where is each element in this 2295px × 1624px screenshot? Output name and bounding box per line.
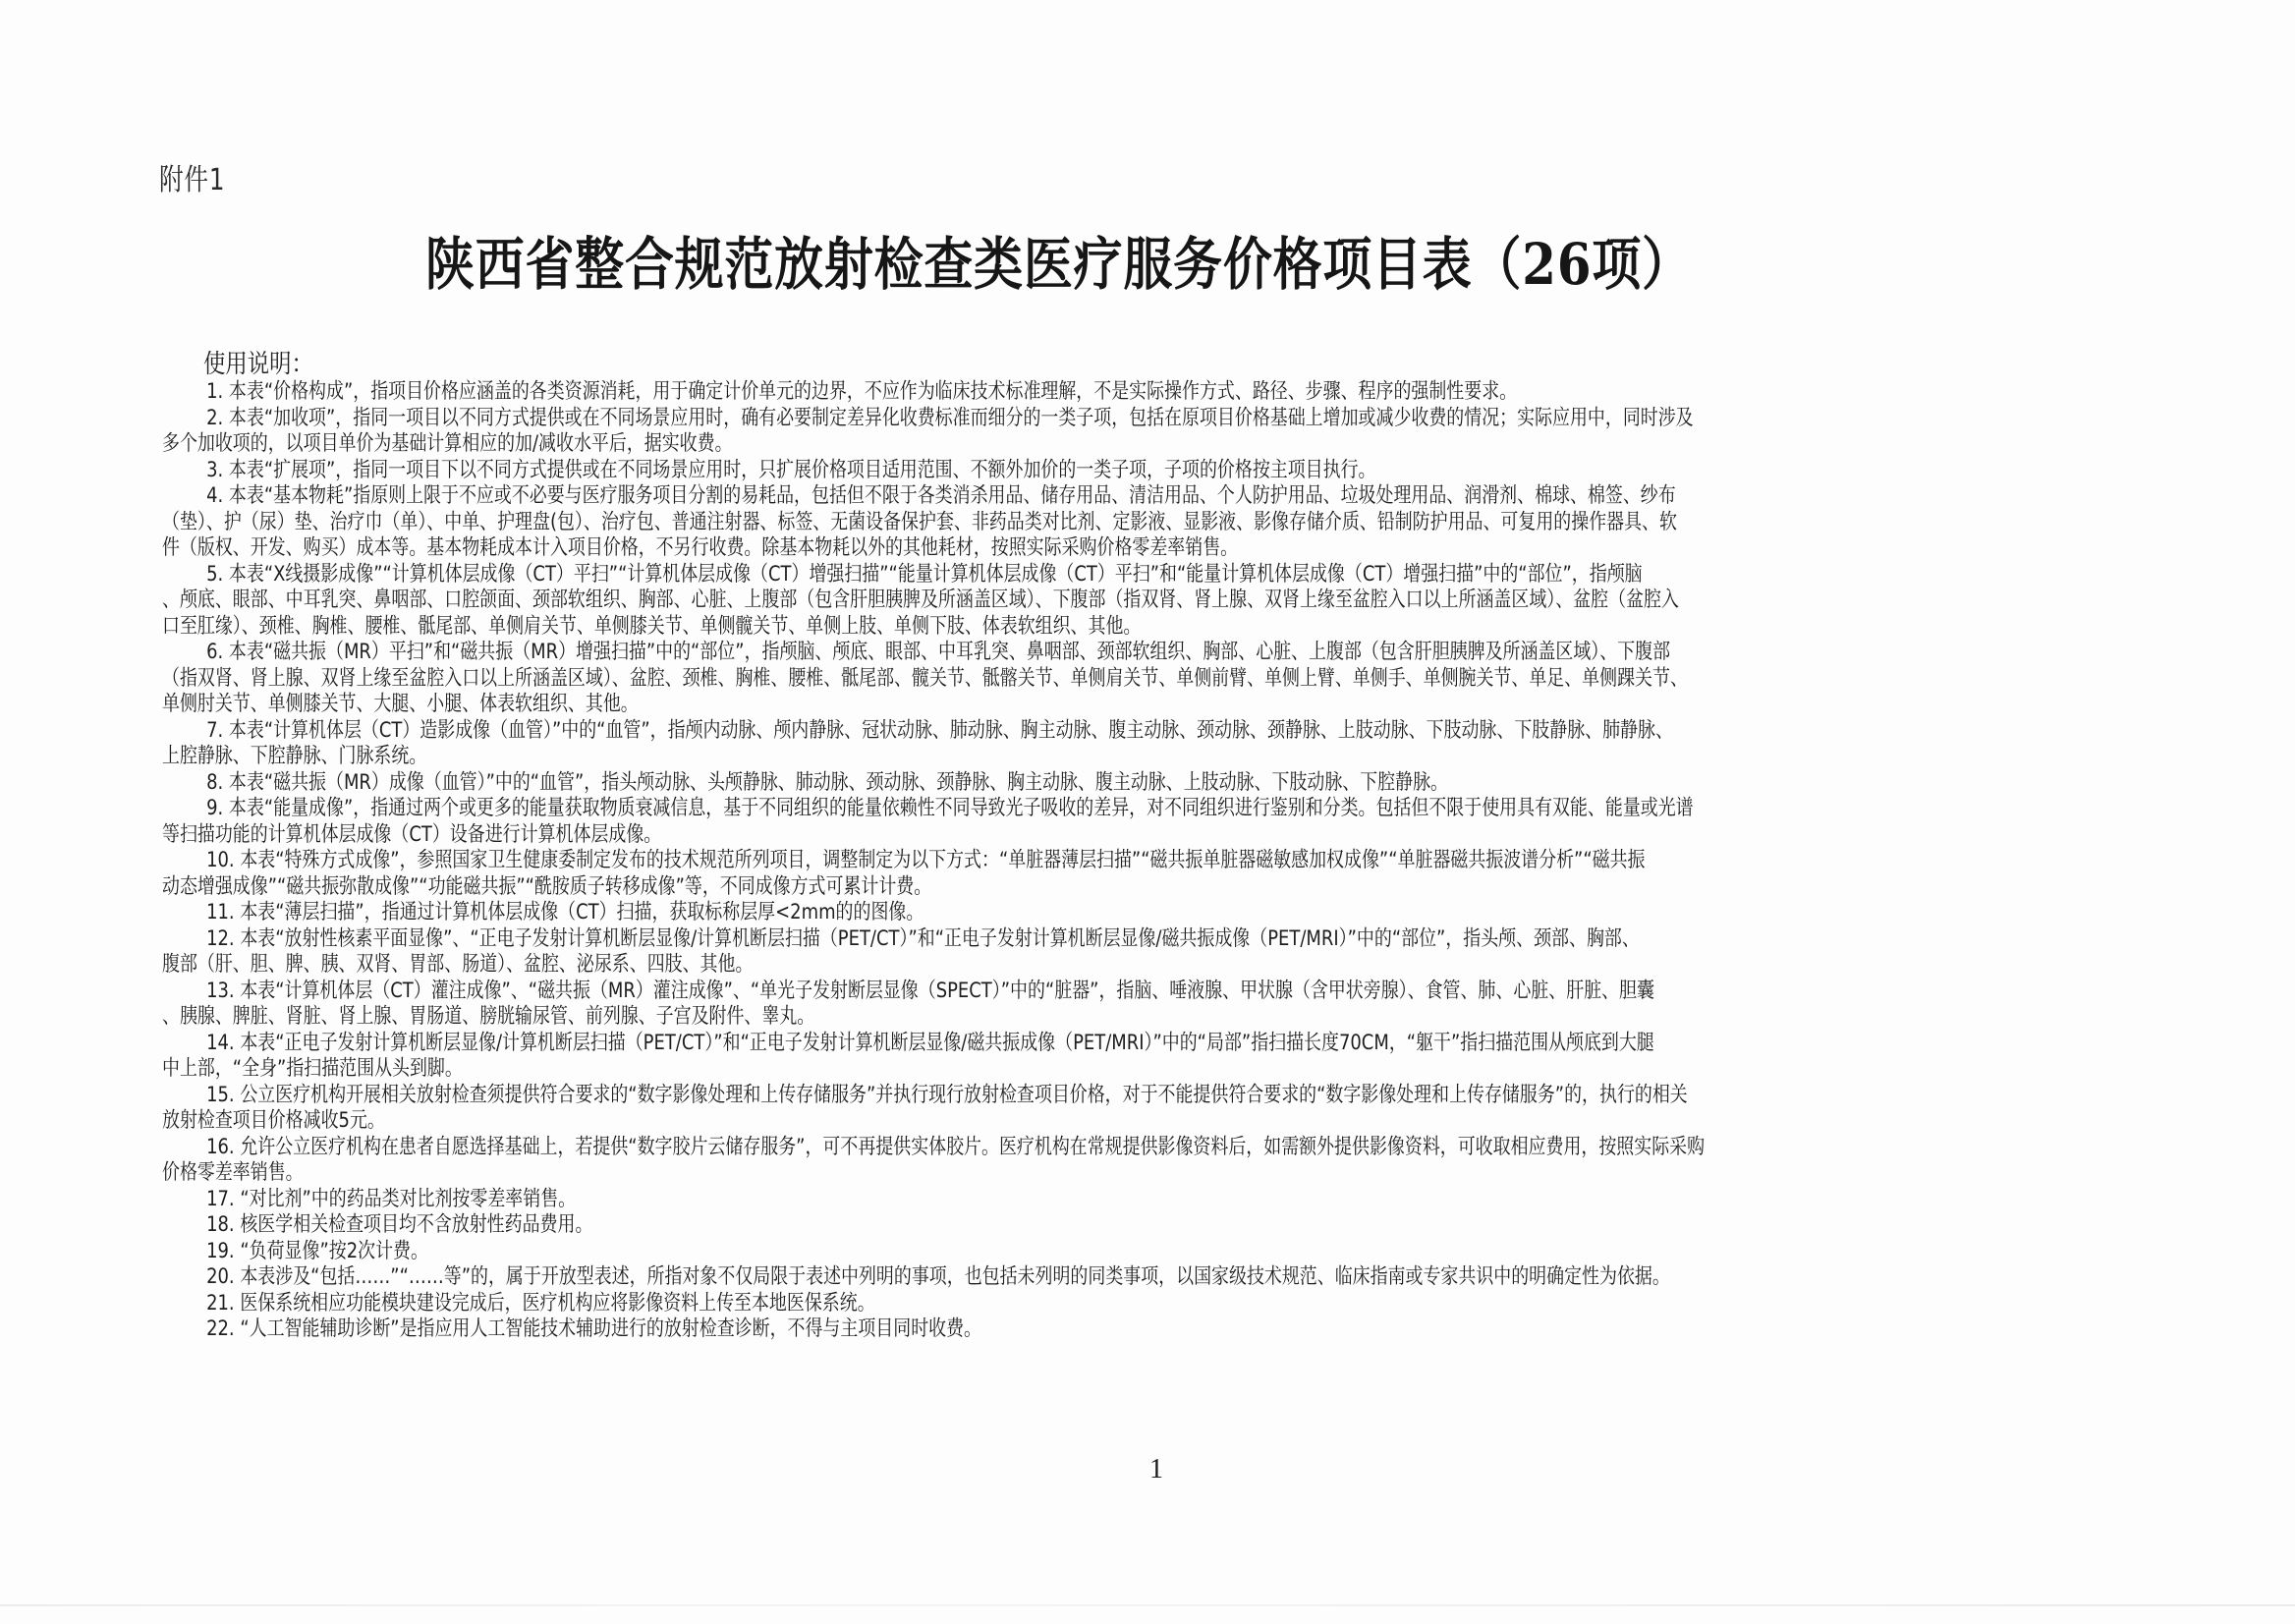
usage-note-6: 6. 本表“磁共振（MR）平扫”和“磁共振（MR）增强扫描”中的“部位”，指颅脑… (162, 640, 2186, 718)
note-line-first: 1. 本表“价格构成”，指项目价格应涵盖的各类资源消耗，用于确定计价单元的边界，… (162, 379, 1852, 406)
note-line-first: 14. 本表“正电子发射计算机断层显像/计算机断层扫描（PET/CT）”和“正电… (162, 1031, 1852, 1057)
document-title: 陕西省整合规范放射检查类医疗服务价格项目表（26项） (425, 218, 1692, 301)
note-line-first: 16. 允许公立医疗机构在患者自愿选择基础上，若提供“数字胶片云储存服务”，可不… (162, 1135, 1852, 1161)
usage-note-12: 12. 本表“放射性核素平面显像”、“正电子发射计算机断层显像/计算机断层扫描（… (162, 926, 2186, 979)
usage-instructions-heading: 使用说明： (203, 344, 313, 380)
note-line-continuation: 中上部，“全身”指扫描范围从头到脚。 (162, 1056, 1852, 1083)
note-line-continuation: 、胰腺、脾脏、肾脏、肾上腺、胃肠道、膀胱输尿管、前列腺、子宫及附件、睾丸。 (162, 1004, 1852, 1031)
note-line-continuation: 件（版权、开发、购买）成本等。基本物耗成本计入项目价格，不另行收费。除基本物耗以… (162, 535, 1852, 562)
note-line-continuation: 口至肛缘）、颈椎、胸椎、腰椎、骶尾部、单侧肩关节、单侧膝关节、单侧髋关节、单侧上… (162, 614, 1852, 641)
usage-note-16: 16. 允许公立医疗机构在患者自愿选择基础上，若提供“数字胶片云储存服务”，可不… (162, 1135, 2186, 1187)
note-line-continuation: 放射检查项目价格减收5元。 (162, 1108, 1852, 1135)
note-line-continuation: 多个加收项的，以项目单价为基础计算相应的加/减收水平后，据实收费。 (162, 431, 1852, 458)
usage-note-15: 15. 公立医疗机构开展相关放射检查须提供符合要求的“数字影像处理和上传存储服务… (162, 1083, 2186, 1135)
note-line-first: 17. “对比剂”中的药品类对比剂按零差率销售。 (162, 1187, 1852, 1213)
scan-edge-divider (0, 1604, 2295, 1606)
note-line-first: 7. 本表“计算机体层（CT）造影成像（血管）”中的“血管”，指颅内动脉、颅内静… (162, 718, 1852, 745)
usage-note-20: 20. 本表涉及“包括……”“……等”的，属于开放型表述，所指对象不仅局限于表述… (162, 1264, 2186, 1291)
note-line-continuation: （垫）、护（尿）垫、治疗巾（单）、中单、护理盘(包）、治疗包、普通注射器、标签、… (162, 510, 1852, 536)
usage-note-5: 5. 本表“X线摄影成像”“计算机体层成像（CT）平扫”“计算机体层成像（CT）… (162, 562, 2186, 641)
note-line-first: 13. 本表“计算机体层（CT）灌注成像”、“磁共振（MR）灌注成像”、“单光子… (162, 979, 1852, 1005)
note-line-first: 21. 医保系统相应功能模块建设完成后，医疗机构应将影像资料上传至本地医保系统。 (162, 1291, 1852, 1317)
usage-instructions-list: 1. 本表“价格构成”，指项目价格应涵盖的各类资源消耗，用于确定计价单元的边界，… (162, 379, 2186, 1343)
note-line-continuation: 单侧肘关节、单侧膝关节、大腿、小腿、体表软组织、其他。 (162, 692, 1852, 718)
note-line-continuation: （指双肾、肾上腺、双肾上缘至盆腔入口以上所涵盖区域）、盆腔、颈椎、胸椎、腰椎、骶… (162, 666, 1852, 693)
note-line-first: 9. 本表“能量成像”，指通过两个或更多的能量获取物质衰减信息，基于不同组织的能… (162, 796, 1852, 822)
note-line-continuation: 动态增强成像”“磁共振弥散成像”“功能磁共振”“酰胺质子转移成像”等，不同成像方… (162, 874, 1852, 901)
note-line-first: 19. “负荷显像”按2次计费。 (162, 1239, 1852, 1265)
note-line-first: 3. 本表“扩展项”，指同一项目下以不同方式提供或在不同场景应用时，只扩展价格项… (162, 458, 1852, 484)
usage-note-22: 22. “人工智能辅助诊断”是指应用人工智能技术辅助进行的放射检查诊断，不得与主… (162, 1316, 2186, 1343)
note-line-first: 11. 本表“薄层扫描”，指通过计算机体层成像（CT）扫描，获取标称层厚<2mm… (162, 900, 1852, 926)
usage-note-2: 2. 本表“加收项”，指同一项目以不同方式提供或在不同场景应用时，确有必要制定差… (162, 406, 2186, 458)
usage-note-10: 10. 本表“特殊方式成像”，参照国家卫生健康委制定发布的技术规范所列项目，调整… (162, 848, 2186, 900)
note-line-continuation: 等扫描功能的计算机体层成像（CT）设备进行计算机体层成像。 (162, 822, 1852, 849)
note-line-first: 12. 本表“放射性核素平面显像”、“正电子发射计算机断层显像/计算机断层扫描（… (162, 926, 1852, 953)
note-line-first: 4. 本表“基本物耗”指原则上限于不应或不必要与医疗服务项目分割的易耗品，包括但… (162, 483, 1852, 510)
note-line-first: 5. 本表“X线摄影成像”“计算机体层成像（CT）平扫”“计算机体层成像（CT）… (162, 562, 1852, 588)
note-line-first: 2. 本表“加收项”，指同一项目以不同方式提供或在不同场景应用时，确有必要制定差… (162, 406, 1852, 432)
note-line-continuation: 、颅底、眼部、中耳乳突、鼻咽部、口腔颌面、颈部软组织、胸部、心脏、上腹部（包含肝… (162, 588, 1852, 614)
note-line-first: 8. 本表“磁共振（MR）成像（血管）”中的“血管”，指头颅动脉、头颅静脉、肺动… (162, 770, 1852, 797)
usage-note-11: 11. 本表“薄层扫描”，指通过计算机体层成像（CT）扫描，获取标称层厚<2mm… (162, 900, 2186, 926)
usage-note-21: 21. 医保系统相应功能模块建设完成后，医疗机构应将影像资料上传至本地医保系统。 (162, 1291, 2186, 1317)
usage-note-1: 1. 本表“价格构成”，指项目价格应涵盖的各类资源消耗，用于确定计价单元的边界，… (162, 379, 2186, 406)
note-line-first: 6. 本表“磁共振（MR）平扫”和“磁共振（MR）增强扫描”中的“部位”，指颅脑… (162, 640, 1852, 666)
usage-note-9: 9. 本表“能量成像”，指通过两个或更多的能量获取物质衰减信息，基于不同组织的能… (162, 796, 2186, 848)
usage-note-18: 18. 核医学相关检查项目均不含放射性药品费用。 (162, 1212, 2186, 1239)
usage-note-4: 4. 本表“基本物耗”指原则上限于不应或不必要与医疗服务项目分割的易耗品，包括但… (162, 483, 2186, 562)
usage-note-7: 7. 本表“计算机体层（CT）造影成像（血管）”中的“血管”，指颅内动脉、颅内静… (162, 718, 2186, 770)
usage-note-3: 3. 本表“扩展项”，指同一项目下以不同方式提供或在不同场景应用时，只扩展价格项… (162, 458, 2186, 484)
note-line-first: 10. 本表“特殊方式成像”，参照国家卫生健康委制定发布的技术规范所列项目，调整… (162, 848, 1852, 874)
note-line-first: 22. “人工智能辅助诊断”是指应用人工智能技术辅助进行的放射检查诊断，不得与主… (162, 1316, 1852, 1343)
attachment-label: 附件1 (159, 155, 225, 198)
document-page: 附件1 陕西省整合规范放射检查类医疗服务价格项目表（26项） 使用说明： 1. … (0, 0, 2295, 1624)
usage-note-13: 13. 本表“计算机体层（CT）灌注成像”、“磁共振（MR）灌注成像”、“单光子… (162, 979, 2186, 1031)
note-line-continuation: 上腔静脉、下腔静脉、门脉系统。 (162, 744, 1852, 770)
usage-note-14: 14. 本表“正电子发射计算机断层显像/计算机断层扫描（PET/CT）”和“正电… (162, 1031, 2186, 1083)
usage-note-19: 19. “负荷显像”按2次计费。 (162, 1239, 2186, 1265)
note-line-first: 20. 本表涉及“包括……”“……等”的，属于开放型表述，所指对象不仅局限于表述… (162, 1264, 1852, 1291)
note-line-continuation: 腹部（肝、胆、脾、胰、双肾、胃部、肠道）、盆腔、泌尿系、四肢、其他。 (162, 952, 1852, 979)
usage-note-17: 17. “对比剂”中的药品类对比剂按零差率销售。 (162, 1187, 2186, 1213)
note-line-continuation: 价格零差率销售。 (162, 1160, 1852, 1187)
note-line-first: 15. 公立医疗机构开展相关放射检查须提供符合要求的“数字影像处理和上传存储服务… (162, 1083, 1852, 1109)
usage-note-8: 8. 本表“磁共振（MR）成像（血管）”中的“血管”，指头颅动脉、头颅静脉、肺动… (162, 770, 2186, 797)
note-line-first: 18. 核医学相关检查项目均不含放射性药品费用。 (162, 1212, 1852, 1239)
page-number: 1 (1149, 1454, 1163, 1485)
